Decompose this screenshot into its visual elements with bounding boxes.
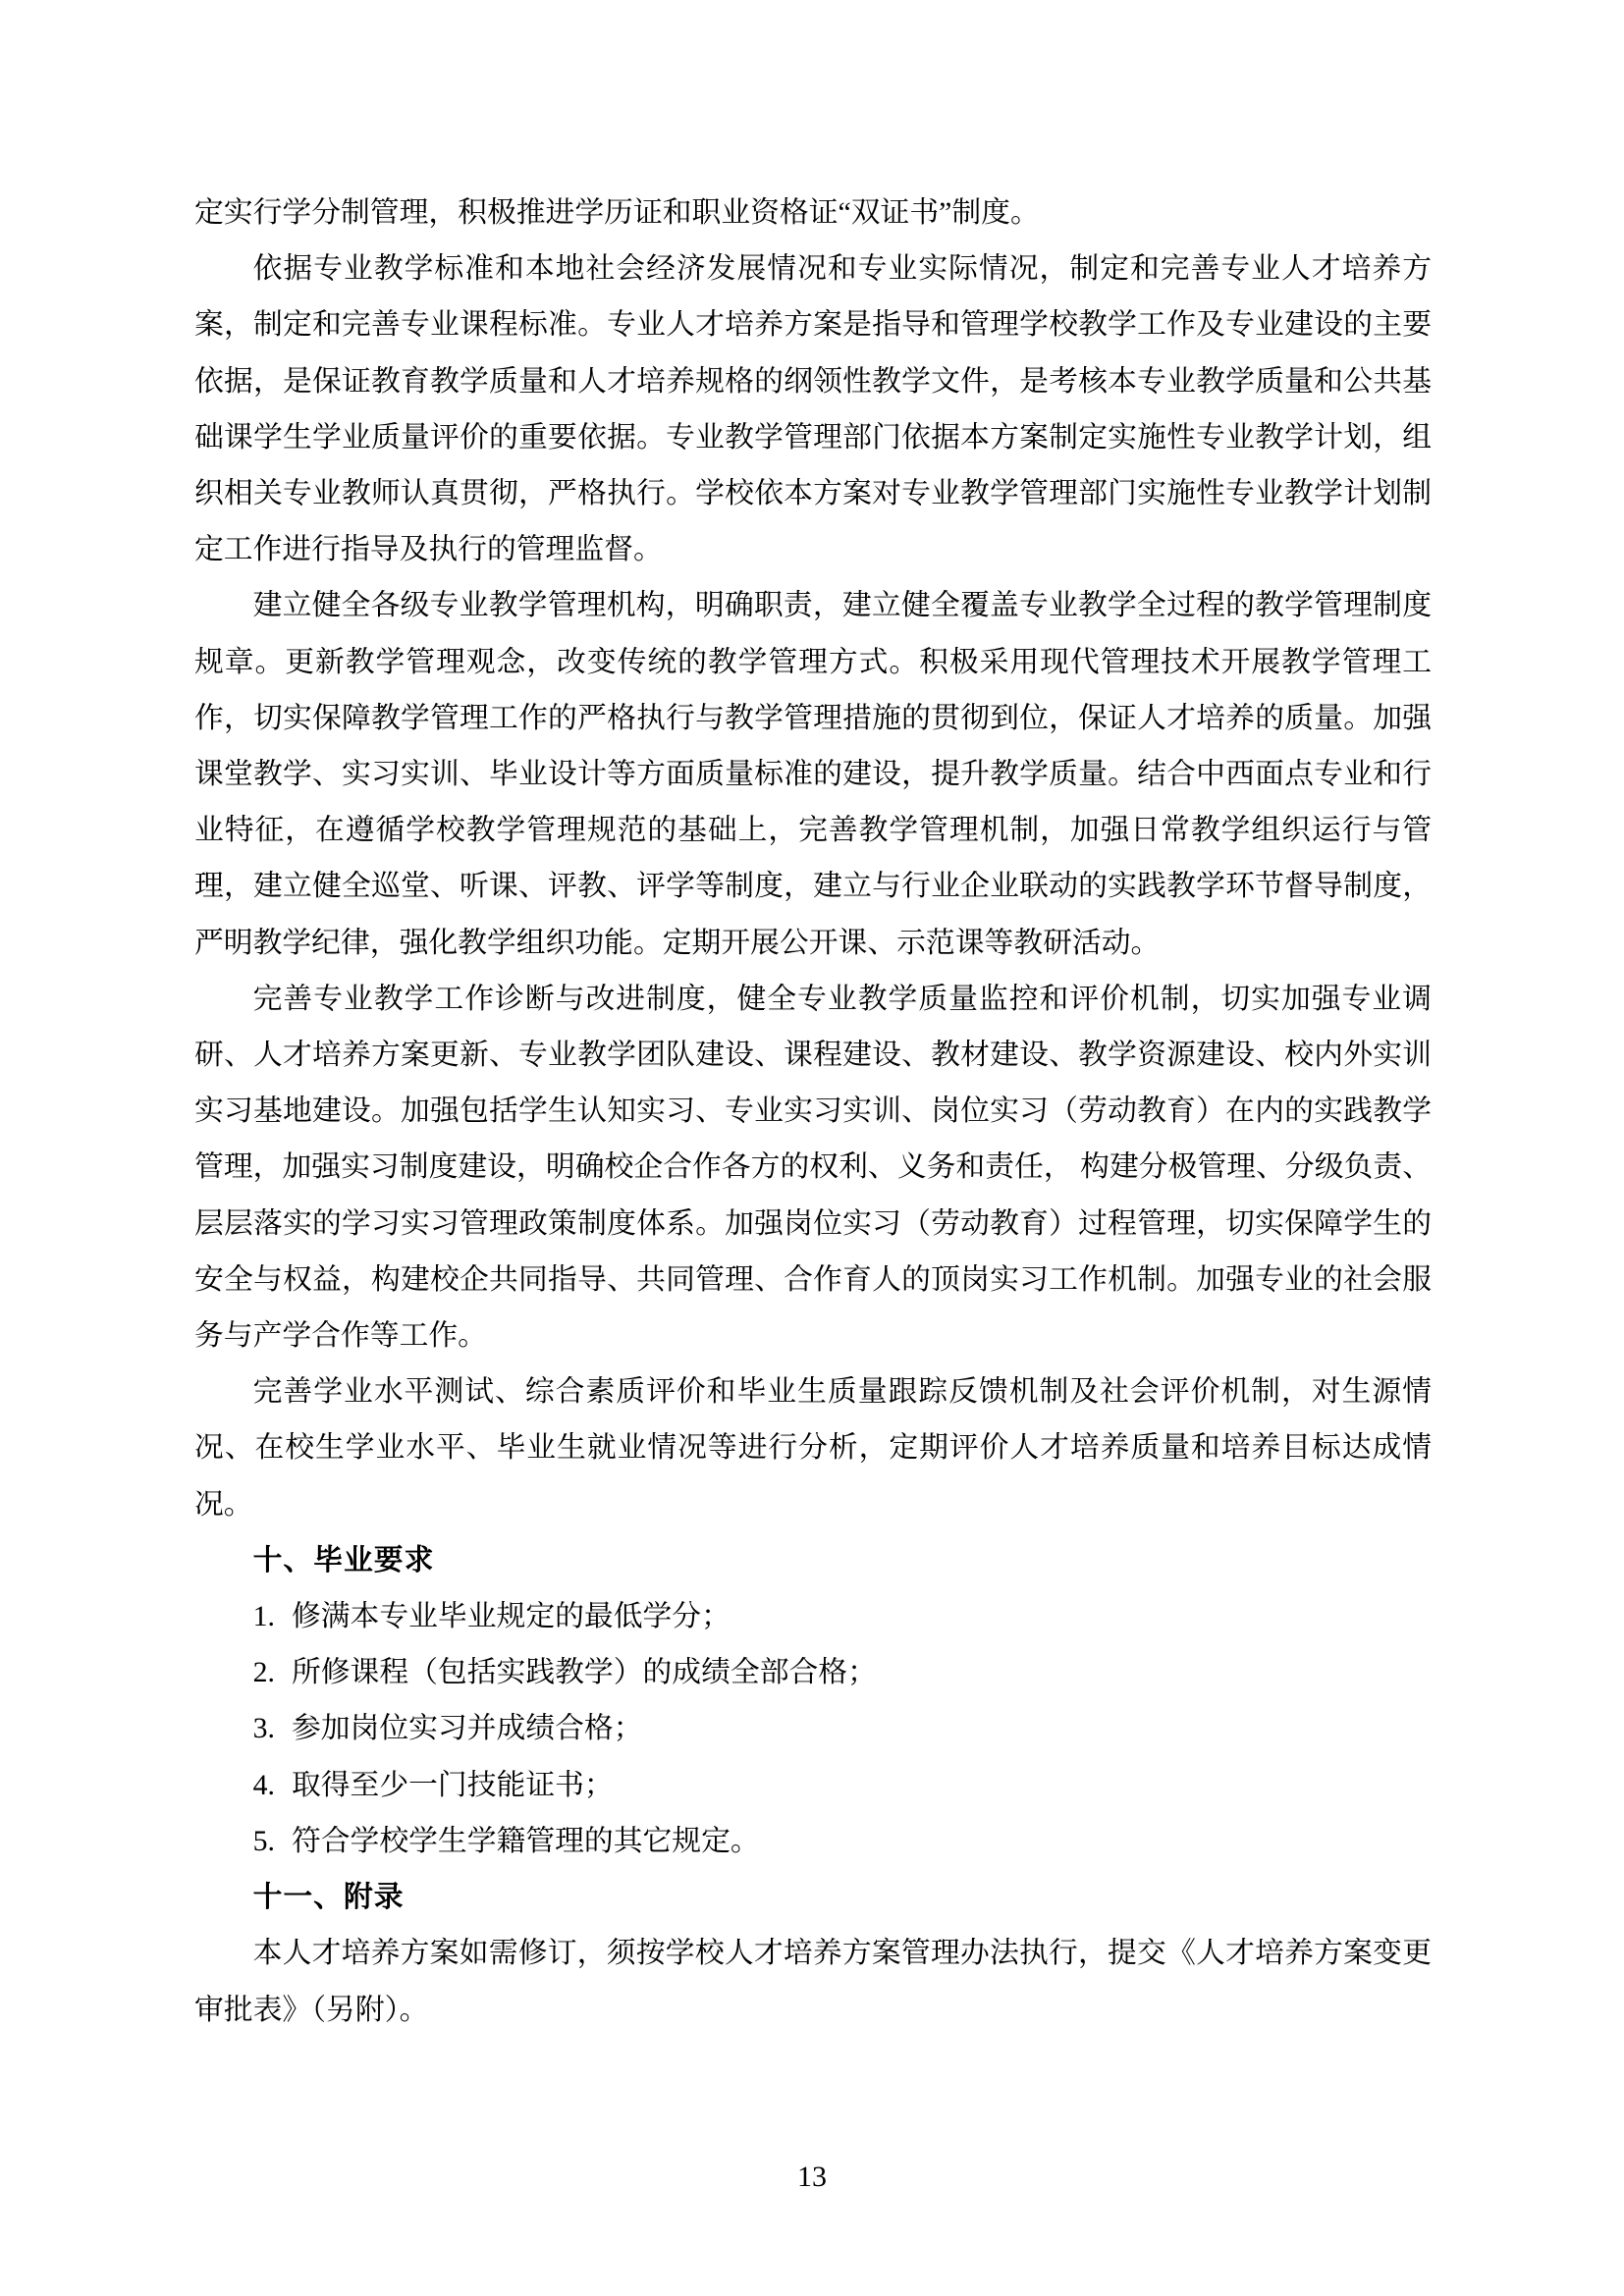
list-item-skill-certificate: 4.取得至少一门技能证书； <box>194 1757 1432 1813</box>
paragraph-teaching-management: 建立健全各级专业教学管理机构，明确职责，建立健全覆盖专业教学全过程的教学管理制度… <box>194 577 1432 970</box>
list-number: 5. <box>253 1825 275 1857</box>
list-text: 符合学校学生学籍管理的其它规定。 <box>292 1825 760 1857</box>
paragraph-training-plan-basis: 依据专业教学标准和本地社会经济发展情况和专业实际情况，制定和完善专业人才培养方案… <box>194 240 1432 577</box>
list-number: 2. <box>253 1656 275 1688</box>
list-text: 所修课程（包括实践教学）的成绩全部合格； <box>292 1656 877 1688</box>
page-number: 13 <box>0 2163 1624 2192</box>
paragraph-appendix-revision: 本人才培养方案如需修订，须按学校人才培养方案管理办法执行，提交《人才培养方案变更… <box>194 1925 1432 2037</box>
heading-graduation-requirements: 十、毕业要求 <box>194 1532 1432 1588</box>
document-page: 定实行学分制管理，积极推进学历证和职业资格证“双证书”制度。 依据专业教学标准和… <box>0 0 1624 2296</box>
paragraph-diagnosis-improvement: 完善专业教学工作诊断与改进制度，健全专业教学质量监控和评价机制，切实加强专业调研… <box>194 971 1432 1363</box>
list-text: 参加岗位实习并成绩合格； <box>292 1712 643 1744</box>
list-item-internship-passed: 3.参加岗位实习并成绩合格； <box>194 1700 1432 1756</box>
list-item-credits: 1.修满本专业毕业规定的最低学分； <box>194 1588 1432 1644</box>
list-number: 4. <box>253 1769 275 1801</box>
list-number: 1. <box>253 1600 275 1632</box>
list-item-courses-passed: 2.所修课程（包括实践教学）的成绩全部合格； <box>194 1644 1432 1700</box>
list-item-school-rules: 5.符合学校学生学籍管理的其它规定。 <box>194 1813 1432 1869</box>
document-body: 定实行学分制管理，积极推进学历证和职业资格证“双证书”制度。 依据专业教学标准和… <box>194 185 1432 2038</box>
list-text: 修满本专业毕业规定的最低学分； <box>292 1600 731 1632</box>
list-text: 取得至少一门技能证书； <box>292 1769 614 1801</box>
paragraph-quality-evaluation: 完善学业水平测试、综合素质评价和毕业生质量跟踪反馈机制及社会评价机制，对生源情况… <box>194 1363 1432 1532</box>
paragraph-continuation: 定实行学分制管理，积极推进学历证和职业资格证“双证书”制度。 <box>194 185 1432 240</box>
heading-appendix: 十一、附录 <box>194 1869 1432 1925</box>
list-number: 3. <box>253 1712 275 1744</box>
